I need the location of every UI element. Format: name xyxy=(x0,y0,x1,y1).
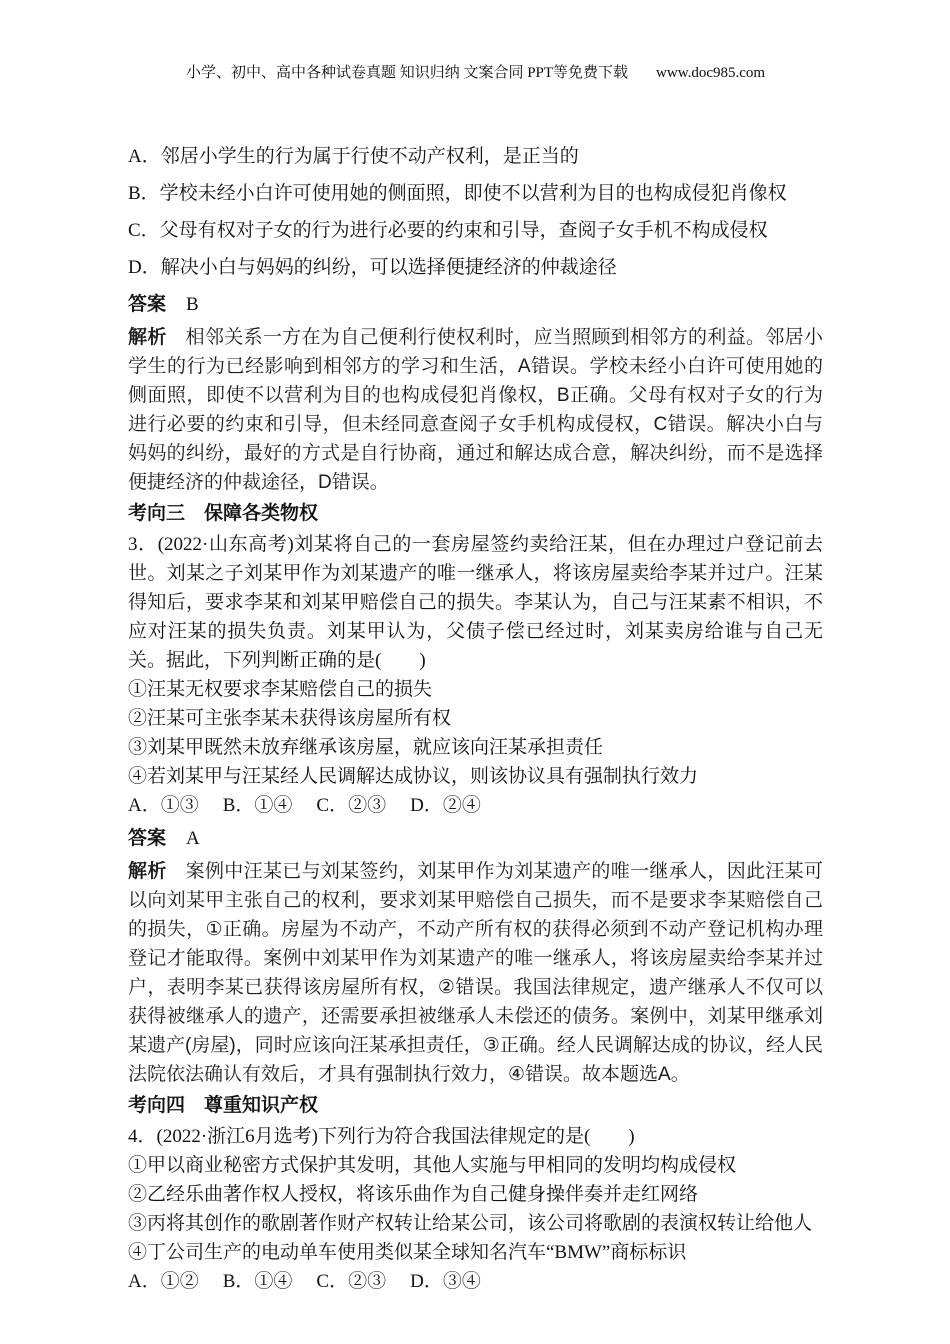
q3-analysis-label: 解析 xyxy=(128,861,167,882)
section-heading-3: 考向三保障各类物权 xyxy=(128,499,823,528)
q2-analysis-label: 解析 xyxy=(128,327,167,348)
page-header: 小学、初中、高中各种试卷真题 知识归纳 文案合同 PPT等免费下载www.doc… xyxy=(128,64,823,83)
q4-choices: A．①②B．①④C．②③D．③④ xyxy=(128,1267,823,1296)
q3-item-2: ②汪某可主张李某未获得该房屋所有权 xyxy=(128,704,823,733)
q3-stem: 3．(2022·山东高考)刘某将自己的一套房屋签约卖给汪某，但在办理过户登记前去… xyxy=(128,530,823,675)
q4-choice-d: D．③④ xyxy=(410,1271,481,1292)
section3-title: 保障各类物权 xyxy=(204,503,318,524)
section4-label: 考向四 xyxy=(128,1095,185,1116)
q3-analysis: 解析案例中汪某已与刘某签约，刘某甲作为刘某遗产的唯一继承人，因此汪某可以向刘某甲… xyxy=(128,857,823,1089)
section3-label: 考向三 xyxy=(128,503,185,524)
q3-item-3: ③刘某甲既然未放弃继承该房屋，就应该向汪某承担责任 xyxy=(128,733,823,762)
q4-choice-b: B．①④ xyxy=(223,1271,293,1292)
q4-item-4: ④丁公司生产的电动单车使用类似某全球知名汽车“BMW”商标标识 xyxy=(128,1238,823,1267)
q3-item-1: ①汪某无权要求李某赔偿自己的损失 xyxy=(128,675,823,704)
site-url: www.doc985.com xyxy=(656,65,765,81)
q2-analysis-text: 相邻关系一方在为自己便利行使权利时，应当照顾到相邻方的利益。邻居小学生的行为已经… xyxy=(128,327,823,493)
q4-item-1: ①甲以商业秘密方式保护其发明，其他人实施与甲相同的发明均构成侵权 xyxy=(128,1151,823,1180)
q2-answer-row: 答案B xyxy=(128,290,823,319)
q3-answer-label: 答案 xyxy=(128,828,166,849)
q3-analysis-text: 案例中汪某已与刘某签约，刘某甲作为刘某遗产的唯一继承人，因此汪某可以向刘某甲主张… xyxy=(128,861,823,1085)
q4-choice-c: C．②③ xyxy=(316,1271,386,1292)
q2-option-a: A．邻居小学生的行为属于行使不动产权利，是正当的 xyxy=(128,142,823,171)
q3-choice-d: D．②④ xyxy=(410,795,481,816)
q2-answer-label: 答案 xyxy=(128,294,166,315)
q2-option-d: D．解决小白与妈妈的纠纷，可以选择便捷经济的仲裁途径 xyxy=(128,253,823,282)
q3-choice-a: A．①③ xyxy=(128,795,199,816)
document-page: 小学、初中、高中各种试卷真题 知识归纳 文案合同 PPT等免费下载www.doc… xyxy=(0,0,950,1344)
q3-answer-row: 答案A xyxy=(128,824,823,853)
q2-option-b: B．学校未经小白许可使用她的侧面照，即使不以营利为目的也构成侵犯肖像权 xyxy=(128,179,823,208)
section4-title: 尊重知识产权 xyxy=(204,1095,318,1116)
q3-answer-value: A xyxy=(186,828,200,849)
document-content: A．邻居小学生的行为属于行使不动产权利，是正当的 B．学校未经小白许可使用她的侧… xyxy=(128,142,823,1296)
q4-item-3: ③丙将其创作的歌剧著作财产权转让给某公司，该公司将歌剧的表演权转让给他人 xyxy=(128,1209,823,1238)
header-text: 小学、初中、高中各种试卷真题 知识归纳 文案合同 PPT等免费下载 xyxy=(186,65,628,81)
q2-analysis: 解析相邻关系一方在为自己便利行使权利时，应当照顾到相邻方的利益。邻居小学生的行为… xyxy=(128,323,823,497)
q3-choice-b: B．①④ xyxy=(223,795,293,816)
q3-choices: A．①③B．①④C．②③D．②④ xyxy=(128,791,823,820)
section-heading-4: 考向四尊重知识产权 xyxy=(128,1091,823,1120)
q2-answer-value: B xyxy=(186,294,199,315)
q4-choice-a: A．①② xyxy=(128,1271,199,1292)
q3-item-4: ④若刘某甲与汪某经人民调解达成协议，则该协议具有强制执行效力 xyxy=(128,762,823,791)
q2-option-c: C．父母有权对子女的行为进行必要的约束和引导，查阅子女手机不构成侵权 xyxy=(128,216,823,245)
q4-item-2: ②乙经乐曲著作权人授权，将该乐曲作为自己健身操伴奏并走红网络 xyxy=(128,1180,823,1209)
q3-choice-c: C．②③ xyxy=(316,795,386,816)
q4-stem: 4．(2022·浙江6月选考)下列行为符合我国法律规定的是( ) xyxy=(128,1122,823,1151)
